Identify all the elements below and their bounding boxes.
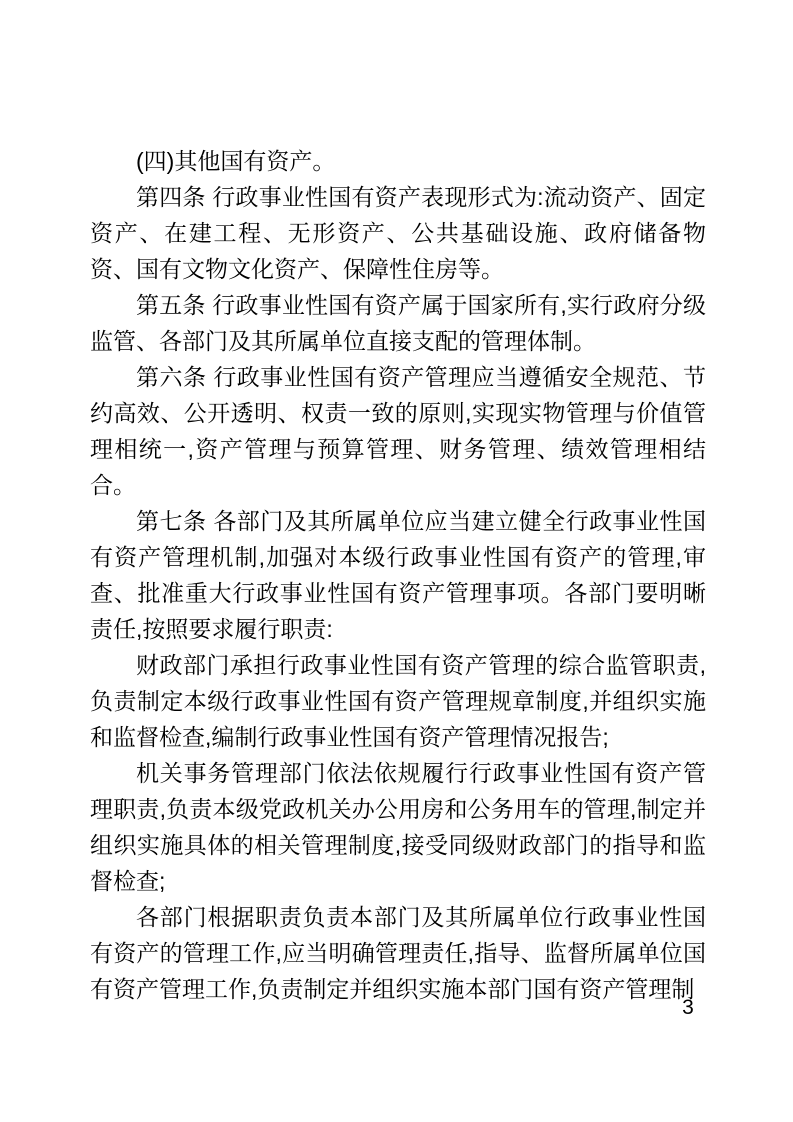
paragraph-article-4: 第四条 行政事业性国有资产表现形式为:流动资产、固定资产、在建工程、无形资产、公… xyxy=(90,179,706,287)
paragraph-article-5: 第五条 行政事业性国有资产属于国家所有,实行政府分级监管、各部门及其所属单位直接… xyxy=(90,287,706,359)
paragraph-article-6: 第六条 行政事业性国有资产管理应当遵循安全规范、节约高效、公开透明、权责一致的原… xyxy=(90,359,706,503)
document-page: (四)其他国有资产。 第四条 行政事业性国有资产表现形式为:流动资产、固定资产、… xyxy=(0,0,793,1122)
paragraph-agency-affairs-department-duties: 机关事务管理部门依法依规履行行政事业性国有资产管理职责,负责本级党政机关办公用房… xyxy=(90,755,706,899)
paragraph-item-4-other-assets: (四)其他国有资产。 xyxy=(90,143,706,179)
document-body: (四)其他国有资产。 第四条 行政事业性国有资产表现形式为:流动资产、固定资产、… xyxy=(90,143,706,1007)
paragraph-departments-duties: 各部门根据职责负责本部门及其所属单位行政事业性国有资产的管理工作,应当明确管理责… xyxy=(90,899,706,1007)
page-number: 3 xyxy=(670,993,706,1023)
paragraph-article-7: 第七条 各部门及其所属单位应当建立健全行政事业性国有资产管理机制,加强对本级行政… xyxy=(90,503,706,647)
paragraph-finance-department-duties: 财政部门承担行政事业性国有资产管理的综合监管职责,负责制定本级行政事业性国有资产… xyxy=(90,647,706,755)
